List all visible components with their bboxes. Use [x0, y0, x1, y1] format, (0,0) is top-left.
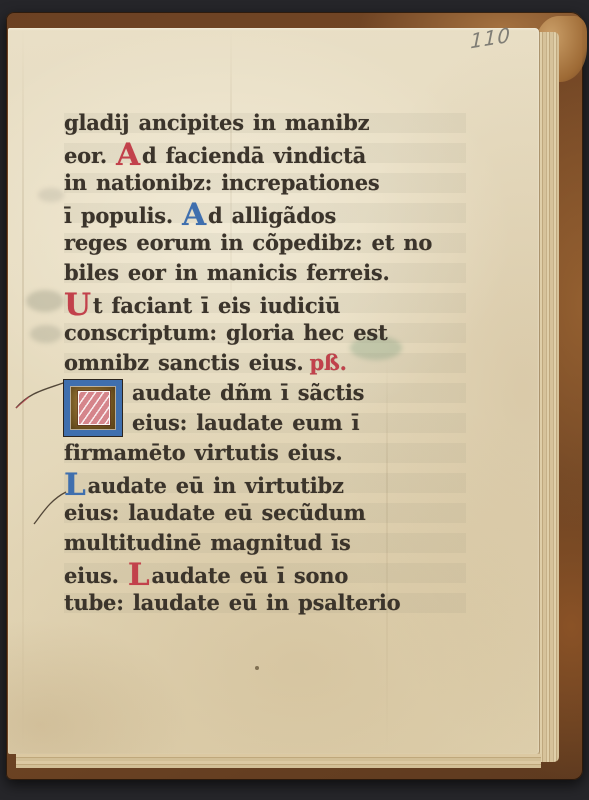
parchment-page: 110 gladij ancipites in manibz eor. Ad f… — [8, 28, 539, 754]
page-edges-bottom — [16, 754, 541, 768]
illuminated-initial-panel-l — [64, 380, 122, 436]
decorated-initial-u-red: U — [64, 290, 91, 321]
text-line: eius: laudate eum ī — [64, 408, 466, 438]
decorated-initial-l-red: L — [128, 560, 150, 591]
text-line: gladij ancipites in manibz — [64, 108, 466, 138]
decorated-initial-a-red: A — [116, 140, 140, 171]
manuscript-photo: 110 gladij ancipites in manibz eor. Ad f… — [0, 0, 589, 800]
show-through-smudge — [30, 325, 62, 343]
folio-number: 110 — [470, 23, 511, 54]
text-line: reges eorum in cõpedibz: et no — [64, 228, 466, 258]
panel-diaper-pattern — [78, 391, 110, 425]
decorated-initial-l-blue: L — [64, 470, 86, 501]
text-line: firmamēto virtutis eius. — [64, 438, 466, 468]
psalm-rubric: pß. — [309, 350, 346, 375]
book-binding: 110 gladij ancipites in manibz eor. Ad f… — [6, 12, 583, 780]
text-line: Ut faciant ī eis iudiciū — [64, 288, 466, 318]
show-through-smudge — [38, 188, 64, 202]
pen-flourish-icon — [14, 374, 68, 526]
text-line: audate dñm ī sãctis — [64, 378, 466, 408]
text-line: tube: laudate eū in psalterio — [64, 588, 466, 618]
text-line: conscriptum: gloria hec est — [64, 318, 466, 348]
text-line: biles eor in manicis ferreis. — [64, 258, 466, 288]
text-line: multitudinē magnitud īs — [64, 528, 466, 558]
show-through-smudge — [26, 290, 64, 312]
text-line: eor. Ad faciendā vindictā — [64, 138, 466, 168]
text-block: gladij ancipites in manibz eor. Ad facie… — [64, 108, 466, 618]
text-line: Laudate eū in virtutibz — [64, 468, 466, 498]
illuminated-verse: audate dñm ī sãctis eius: laudate eum ī — [64, 378, 466, 438]
text-line: eius: laudate eū secũdum — [64, 498, 466, 528]
text-line: omnibz sanctis eius.pß. — [64, 348, 466, 378]
decorated-initial-a-blue: A — [182, 200, 206, 231]
text-line: ī populis. Ad alligãdos — [64, 198, 466, 228]
text-line: eius. Laudate eū ī sono — [64, 558, 466, 588]
ink-speck — [255, 666, 259, 670]
parchment-crease — [22, 28, 24, 754]
